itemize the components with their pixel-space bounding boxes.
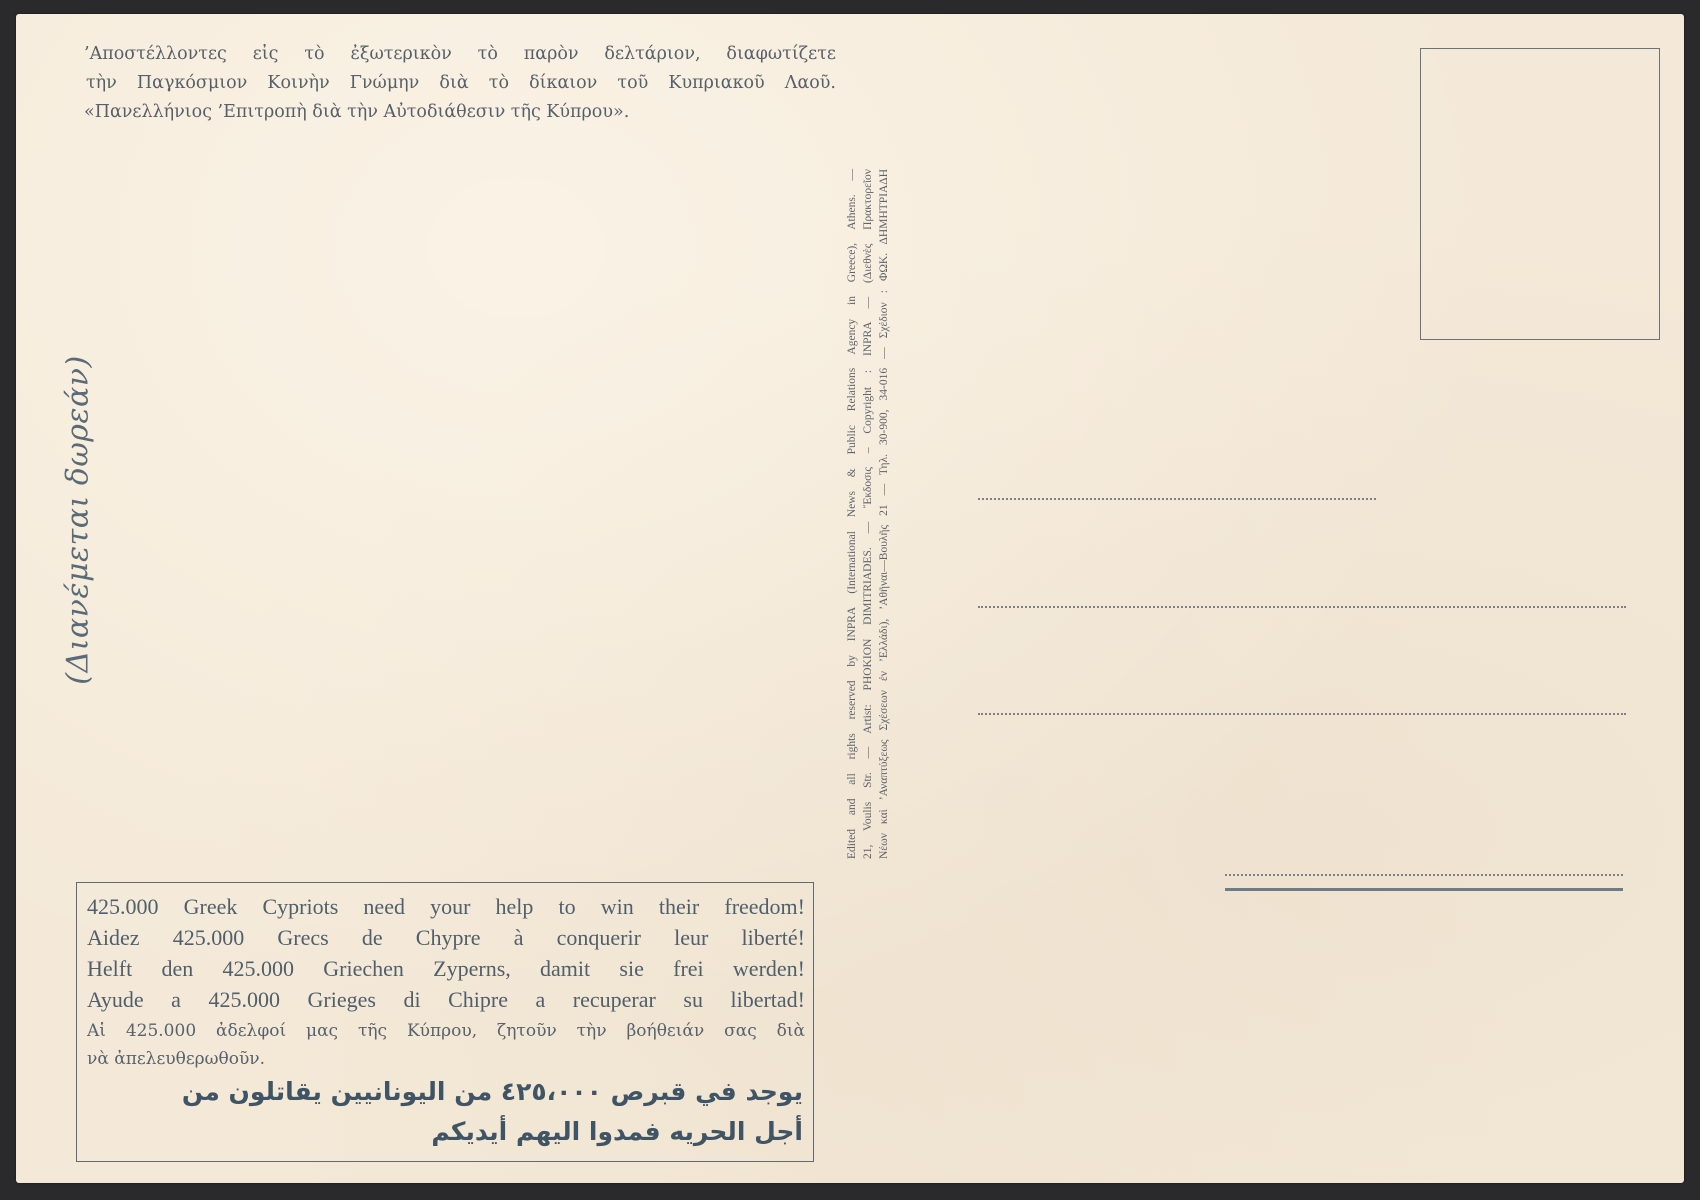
header-line-3: «Πανελλήνιος ’Επιτροπὴ διὰ τὴν Αὐτοδιάθε… [84,98,836,127]
appeal-french: Aidez 425.000 Grecs de Chypre à conqueri… [87,923,805,953]
appeal-greek-1: Αἱ 425.000 ἀδελφοί μας τῆς Κύπρου, ζητοῦ… [87,1016,805,1046]
appeal-spanish: Ayude a 425.000 Grieges di Chipre a recu… [87,985,805,1015]
publisher-credits: Edited and all rights reserved by INPRA … [828,164,908,864]
postcard-back: ’Αποστέλλοντες εἰς τὸ ἐξωτερικὸν τὸ παρὸ… [16,14,1684,1183]
credits-line-3: Νέων καὶ ’Αναπτύξεως Σχέσεων ἐν ’Ελλάδι)… [876,169,892,859]
appeal-arabic-2: أجل الحريه فمدوا اليهم أيديكم [91,1113,803,1151]
address-line-4 [1225,874,1623,876]
greek-header-message: ’Αποστέλλοντες εἰς τὸ ἐξωτερικὸν τὸ παρὸ… [84,40,836,127]
address-line-3 [978,713,1626,715]
address-line-2 [978,606,1626,608]
appeal-english: 425.000 Greek Cypriots need your help to… [87,892,805,922]
free-distribution-note: (Διανέμεται δωρεάν) [54,334,102,706]
credits-line-1: Edited and all rights reserved by INPRA … [844,169,860,859]
header-line-2: τὴν Παγκόσμιον Κοινὴν Γνώμην διὰ τὸ δίκα… [84,69,836,98]
scan-background: ’Αποστέλλοντες εἰς τὸ ἐξωτερικὸν τὸ παρὸ… [0,0,1700,1200]
header-line-1: ’Αποστέλλοντες εἰς τὸ ἐξωτερικὸν τὸ παρὸ… [84,40,836,69]
address-line-1 [978,498,1376,500]
address-underline [1225,888,1623,891]
appeal-german: Helft den 425.000 Griechen Zyperns, dami… [87,954,805,984]
credits-line-2: 21, Voulis Str. — Artist: PHOKION DIMITR… [860,169,876,859]
appeal-arabic-1: يوجد في قبرص ٤٢٥،٠٠٠ من اليونانيين يقاتل… [91,1073,803,1111]
appeal-greek-2: νὰ ἀπελευθερωθοῦν. [87,1044,805,1074]
stamp-box [1420,48,1660,340]
multilingual-appeal-box: 425.000 Greek Cypriots need your help to… [76,882,814,1162]
side-note-text: (Διανέμεται δωρεάν) [61,355,96,684]
